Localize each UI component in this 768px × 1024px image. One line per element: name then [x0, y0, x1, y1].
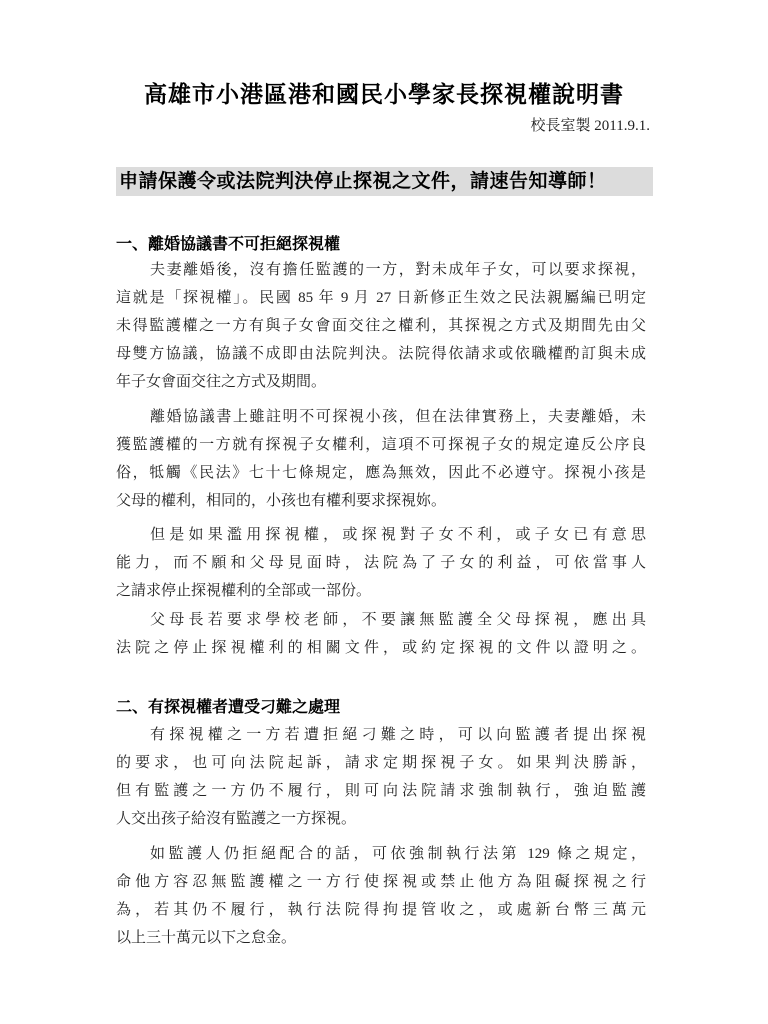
text-line: 如監護人仍拒絕配合的話，可依強制執行法第 129 條之規定，: [116, 840, 646, 868]
section-2-paragraph-2: 如監護人仍拒絕配合的話，可依強制執行法第 129 條之規定， 命他方容忍無監護權…: [116, 840, 646, 952]
section-1-paragraph-1: 夫妻離婚後，沒有擔任監護的一方，對未成年子女，可以要求探視， 這就是「探視權」。…: [116, 256, 646, 396]
text-line: 夫妻離婚後，沒有擔任監護的一方，對未成年子女，可以要求探視，: [116, 256, 646, 284]
text-line: 能力，而不願和父母見面時，法院為了子女的利益，可依當事人: [116, 549, 646, 577]
text-line: 但有監護之一方仍不履行，則可向法院請求強制執行，強迫監護: [116, 777, 646, 805]
text-line: 以上三十萬元以下之怠金。: [116, 924, 646, 952]
section-1-paragraph-3: 但是如果濫用探視權，或探視對子女不利，或子女已有意思 能力，而不願和父母見面時，…: [116, 521, 646, 605]
document-byline: 校長室製 2011.9.1.: [531, 114, 650, 135]
text-line: 為，若其仍不履行，執行法院得拘提管收之，或處新台幣三萬元: [116, 896, 646, 924]
section-1-paragraph-2: 離婚協議書上雖註明不可探視小孩，但在法律實務上，夫妻離婚，未 獲監護權的一方就有…: [116, 403, 646, 515]
text-line: 年子女會面交往之方式及期間。: [116, 368, 646, 396]
document-title: 高雄市小港區港和國民小學家長探視權說明書: [0, 76, 768, 109]
text-line: 母雙方協議，協議不成即由法院判決。法院得依請求或依職權酌訂與未成: [116, 340, 646, 368]
text-line: 的要求，也可向法院起訴，請求定期探視子女。如果判決勝訴，: [116, 749, 646, 777]
notice-banner: 申請保護令或法院判決停止探視之文件，請速告知導師！: [116, 167, 653, 196]
section-2-paragraph-1: 有探視權之一方若遭拒絕刁難之時，可以向監護者提出探視 的要求，也可向法院起訴，請…: [116, 721, 646, 833]
text-line: 之請求停止探視權利的全部或一部份。: [116, 577, 646, 605]
text-line: 獲監護權的一方就有探視子女權利，這項不可探視子女的規定違反公序良: [116, 431, 646, 459]
text-line: 命他方容忍無監護權之一方行使探視或禁止他方為阻礙探視之行: [116, 868, 646, 896]
text-line: 父母長若要求學校老師，不要讓無監護全父母探視，應出具: [116, 606, 646, 634]
text-line: 但是如果濫用探視權，或探視對子女不利，或子女已有意思: [116, 521, 646, 549]
text-line: 有探視權之一方若遭拒絕刁難之時，可以向監護者提出探視: [116, 721, 646, 749]
section-2-heading: 二、有探視權者遭受刁難之處理: [116, 694, 340, 717]
text-line: 這就是「探視權」。民國 85 年 9 月 27 日新修正生效之民法親屬編已明定: [116, 284, 646, 312]
text-line: 父母的權利，相同的，小孩也有權利要求探視妳。: [116, 487, 646, 515]
text-line: 俗，牴觸《民法》七十七條規定，應為無效，因此不必遵守。探視小孩是: [116, 459, 646, 487]
text-line: 離婚協議書上雖註明不可探視小孩，但在法律實務上，夫妻離婚，未: [116, 403, 646, 431]
section-1-paragraph-4: 父母長若要求學校老師，不要讓無監護全父母探視，應出具 法院之停止探視權利的相關文…: [116, 606, 646, 662]
document-page: 高雄市小港區港和國民小學家長探視權說明書 校長室製 2011.9.1. 申請保護…: [0, 0, 768, 1024]
text-line: 未得監護權之一方有與子女會面交往之權利，其探視之方式及期間先由父: [116, 312, 646, 340]
text-line: 人交出孩子給沒有監護之一方探視。: [116, 805, 646, 833]
section-1-heading: 一、離婚協議書不可拒絕探視權: [116, 231, 340, 254]
text-line: 法院之停止探視權利的相關文件，或約定探視的文件以證明之。: [116, 634, 646, 662]
